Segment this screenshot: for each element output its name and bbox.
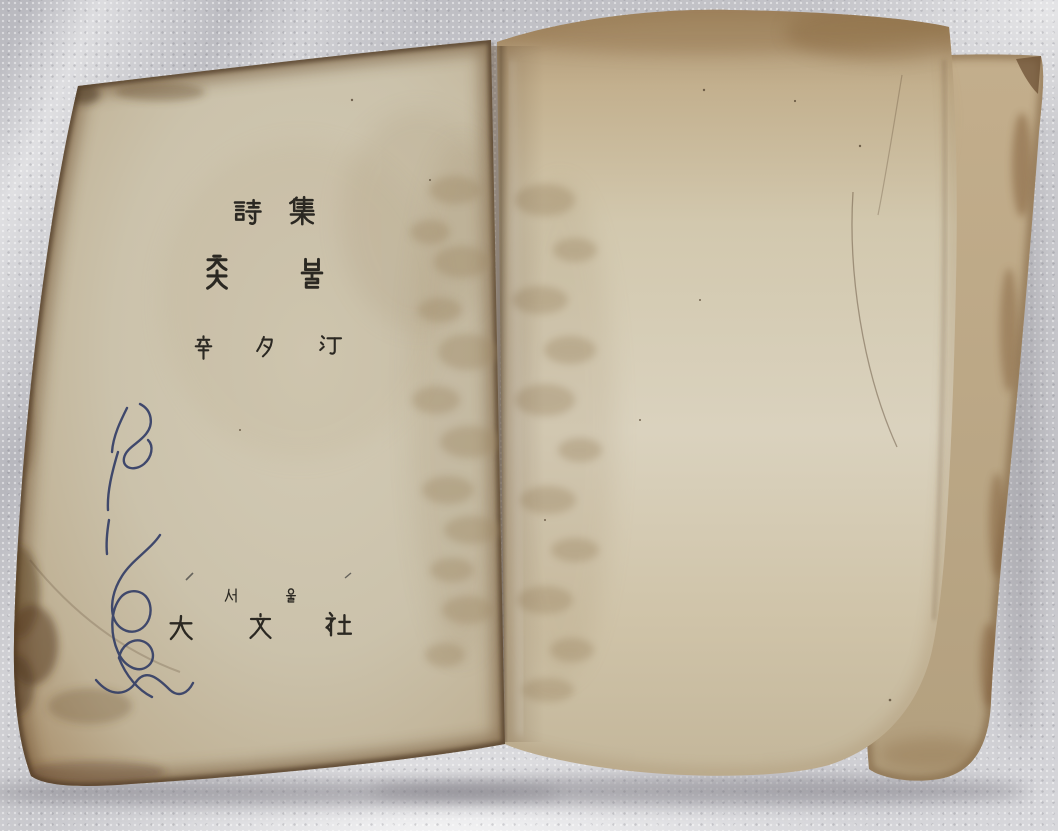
printed-glyph-icon bbox=[283, 585, 299, 606]
author-char-2: 夕 bbox=[255, 334, 279, 360]
series-char-2: 集 bbox=[287, 194, 317, 226]
printed-glyph-icon bbox=[324, 610, 352, 640]
book-shapes bbox=[0, 0, 1058, 831]
printed-glyph-icon bbox=[318, 332, 343, 359]
title-char-1: 촛 bbox=[199, 252, 235, 292]
photo-of-open-book: 詩 集 촛 불 辛 夕 汀 서 울 大 文 社 Photograph of an… bbox=[0, 0, 1058, 831]
printed-glyph-icon bbox=[232, 197, 262, 229]
printed-glyph-icon bbox=[191, 334, 216, 361]
city-char-2: 울 bbox=[283, 585, 299, 606]
printed-glyph-icon bbox=[224, 586, 239, 605]
printed-glyph-icon bbox=[199, 252, 235, 292]
title-char-2: 불 bbox=[295, 254, 329, 294]
series-char-1: 詩 bbox=[232, 197, 262, 229]
printed-glyph-icon bbox=[255, 334, 279, 360]
publisher-char-1: 大 bbox=[167, 613, 195, 642]
author-char-3: 汀 bbox=[318, 332, 343, 359]
printed-glyph-icon bbox=[247, 611, 274, 641]
printed-glyph-icon bbox=[295, 254, 329, 294]
city-char-1: 서 bbox=[224, 586, 239, 605]
printed-glyph-icon bbox=[287, 194, 317, 226]
publisher-char-2: 文 bbox=[247, 611, 274, 641]
publisher-char-3: 社 bbox=[324, 610, 352, 640]
author-char-1: 辛 bbox=[191, 334, 216, 361]
printed-glyph-icon bbox=[167, 613, 195, 642]
left-page bbox=[0, 40, 510, 786]
